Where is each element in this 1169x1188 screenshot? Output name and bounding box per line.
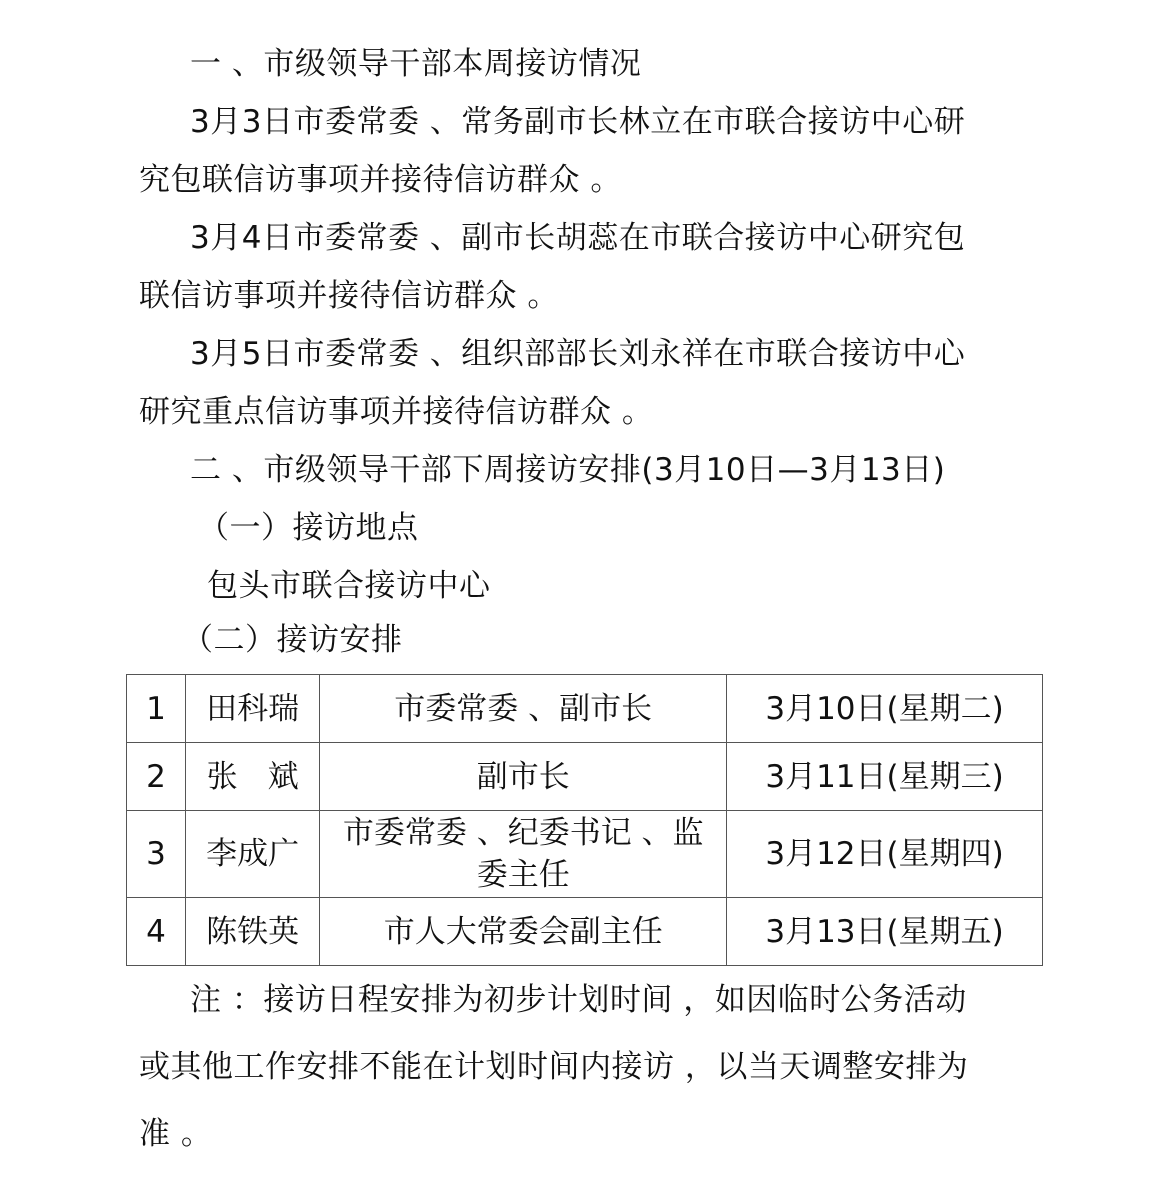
visit-date: 3月13日(星期五)	[727, 898, 1043, 966]
leader-name: 李成广	[186, 811, 320, 898]
leader-title: 市委常委 、副市长	[320, 675, 727, 743]
note-line: 或其他工作安排不能在计划时间内接访 ，以当天调整安排为	[139, 1047, 968, 1087]
row-number: 4	[127, 898, 186, 966]
paragraph-line: 3月4日市委常委 、副市长胡蕊在市联合接访中心研究包	[190, 218, 965, 258]
section2-heading: 二 、市级领导干部下周接访安排(3月10日—3月13日)	[190, 450, 945, 490]
note-line: 注 ：接访日程安排为初步计划时间 ，如因临时公务活动	[190, 980, 967, 1020]
visit-date: 3月11日(星期三)	[727, 743, 1043, 811]
paragraph-line: 研究重点信访事项并接待信访群众 。	[139, 392, 653, 432]
table-row: 4 陈铁英 市人大常委会副主任 3月13日(星期五)	[127, 898, 1043, 966]
row-number: 1	[127, 675, 186, 743]
leader-name: 张斌	[207, 759, 329, 795]
paragraph-line: 联信访事项并接待信访群众 。	[139, 276, 559, 316]
schedule-table: 1 田科瑞 市委常委 、副市长 3月10日(星期二) 2 张斌 副市长 3月11…	[126, 674, 1043, 966]
schedule-subheading: （二）接访安排	[182, 620, 403, 660]
table-row: 3 李成广 市委常委 、纪委书记 、监委主任 3月12日(星期四)	[127, 811, 1043, 898]
note-line: 准 。	[139, 1114, 212, 1154]
paragraph-line: 3月5日市委常委 、组织部部长刘永祥在市联合接访中心	[190, 334, 965, 374]
table-row: 1 田科瑞 市委常委 、副市长 3月10日(星期二)	[127, 675, 1043, 743]
leader-title: 市委常委 、纪委书记 、监委主任	[320, 811, 727, 898]
leader-name: 陈铁英	[186, 898, 320, 966]
location-subheading: （一）接访地点	[198, 508, 419, 548]
row-number: 2	[127, 743, 186, 811]
visit-date: 3月12日(星期四)	[727, 811, 1043, 898]
paragraph-line: 究包联信访事项并接待信访群众 。	[139, 160, 622, 200]
location-content: 包头市联合接访中心	[207, 566, 491, 606]
leader-title: 副市长	[320, 743, 727, 811]
leader-title: 市人大常委会副主任	[320, 898, 727, 966]
leader-name: 田科瑞	[186, 675, 320, 743]
row-number: 3	[127, 811, 186, 898]
paragraph-line: 3月3日市委常委 、常务副市长林立在市联合接访中心研	[190, 102, 965, 142]
section1-heading: 一 、市级领导干部本周接访情况	[190, 44, 641, 84]
visit-date: 3月10日(星期二)	[727, 675, 1043, 743]
table-row: 2 张斌 副市长 3月11日(星期三)	[127, 743, 1043, 811]
leader-name-cell: 张斌	[186, 743, 320, 811]
